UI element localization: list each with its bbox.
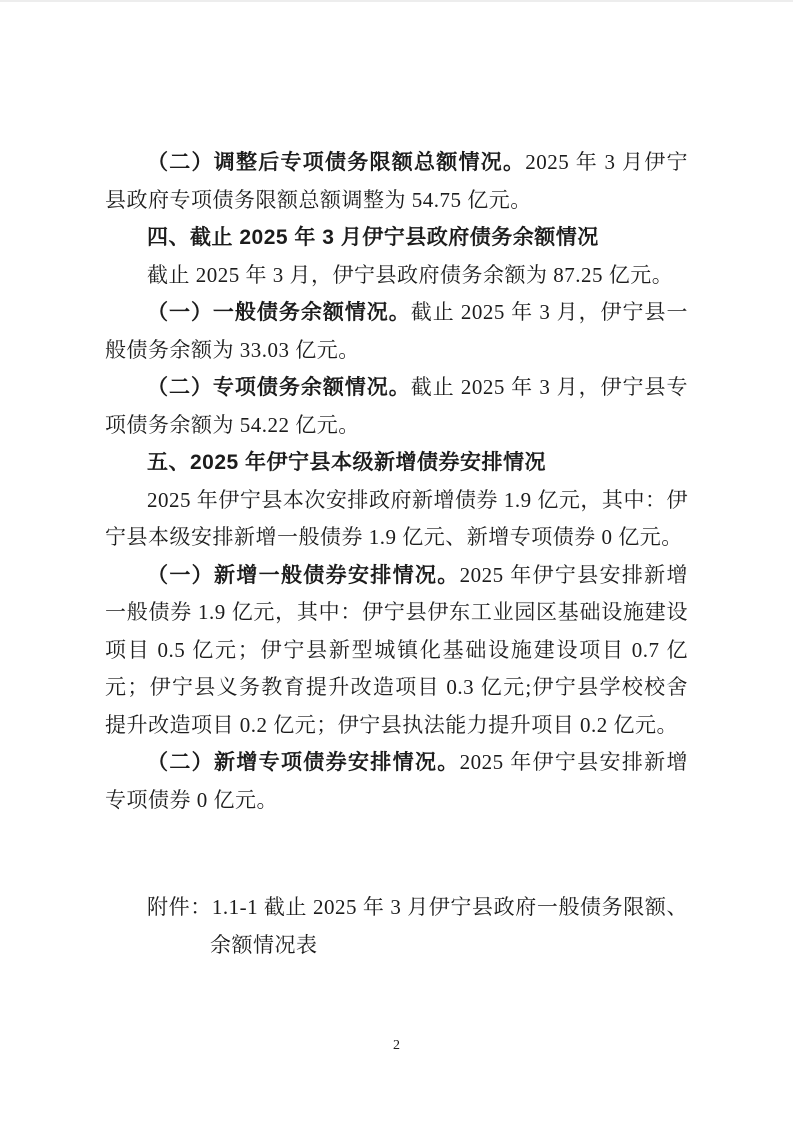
paragraph-text: 2025 年伊宁县本次安排政府新增债券 1.9 亿元，其中：伊宁县本级安排新增一… bbox=[105, 488, 688, 550]
paragraph-special-balance: （二）专项债务余额情况。截止 2025 年 3 月，伊宁县专项债务余额为 54.… bbox=[105, 369, 688, 444]
document-page: （二）调整后专项债务限额总额情况。2025 年 3 月伊宁县政府专项债务限额总额… bbox=[0, 0, 793, 1122]
paragraph-text: 截止 2025 年 3 月，伊宁县政府债务余额为 87.25 亿元。 bbox=[147, 263, 673, 287]
section-heading-4: 四、截止 2025 年 3 月伊宁县政府债务余额情况 bbox=[105, 219, 688, 257]
page-number: 2 bbox=[0, 1038, 793, 1054]
attachment-text: 1.1-1 截止 2025 年 3 月伊宁县政府一般债务限额、余额情况表 bbox=[210, 895, 688, 957]
paragraph-total-balance: 截止 2025 年 3 月，伊宁县政府债务余额为 87.25 亿元。 bbox=[105, 257, 688, 295]
paragraph-bold-lead: （二）调整后专项债务限额总额情况。 bbox=[147, 150, 525, 174]
paragraph-bold-lead: （一）一般债务余额情况。 bbox=[147, 300, 411, 324]
section-heading-5: 五、2025 年伊宁县本级新增债券安排情况 bbox=[105, 444, 688, 482]
paragraph-new-bonds-overview: 2025 年伊宁县本次安排政府新增债券 1.9 亿元，其中：伊宁县本级安排新增一… bbox=[105, 482, 688, 557]
paragraph-new-general-bonds: （一）新增一般债券安排情况。2025 年伊宁县安排新增一般债券 1.9 亿元，其… bbox=[105, 557, 688, 745]
paragraph-text: 2025 年伊宁县安排新增一般债券 1.9 亿元，其中：伊宁县伊东工业园区基础设… bbox=[105, 563, 688, 737]
paragraph-bold-lead: （二）新增专项债券安排情况。 bbox=[147, 750, 460, 774]
paragraph-bold-lead: （二）专项债务余额情况。 bbox=[147, 375, 411, 399]
heading-text: 四、截止 2025 年 3 月伊宁县政府债务余额情况 bbox=[147, 226, 599, 249]
paragraph-bold-lead: （一）新增一般债券安排情况。 bbox=[147, 563, 460, 587]
paragraph-adjusted-special-limit: （二）调整后专项债务限额总额情况。2025 年 3 月伊宁县政府专项债务限额总额… bbox=[105, 144, 688, 219]
document-body: （二）调整后专项债务限额总额情况。2025 年 3 月伊宁县政府专项债务限额总额… bbox=[105, 144, 688, 964]
attachment-label: 附件： bbox=[147, 895, 212, 919]
attachment-note: 附件：1.1-1 截止 2025 年 3 月伊宁县政府一般债务限额、余额情况表 bbox=[105, 889, 688, 964]
paragraph-new-special-bonds: （二）新增专项债券安排情况。2025 年伊宁县安排新增专项债券 0 亿元。 bbox=[105, 744, 688, 819]
heading-text: 五、2025 年伊宁县本级新增债券安排情况 bbox=[147, 451, 546, 474]
paragraph-general-balance: （一）一般债务余额情况。截止 2025 年 3 月，伊宁县一般债务余额为 33.… bbox=[105, 294, 688, 369]
